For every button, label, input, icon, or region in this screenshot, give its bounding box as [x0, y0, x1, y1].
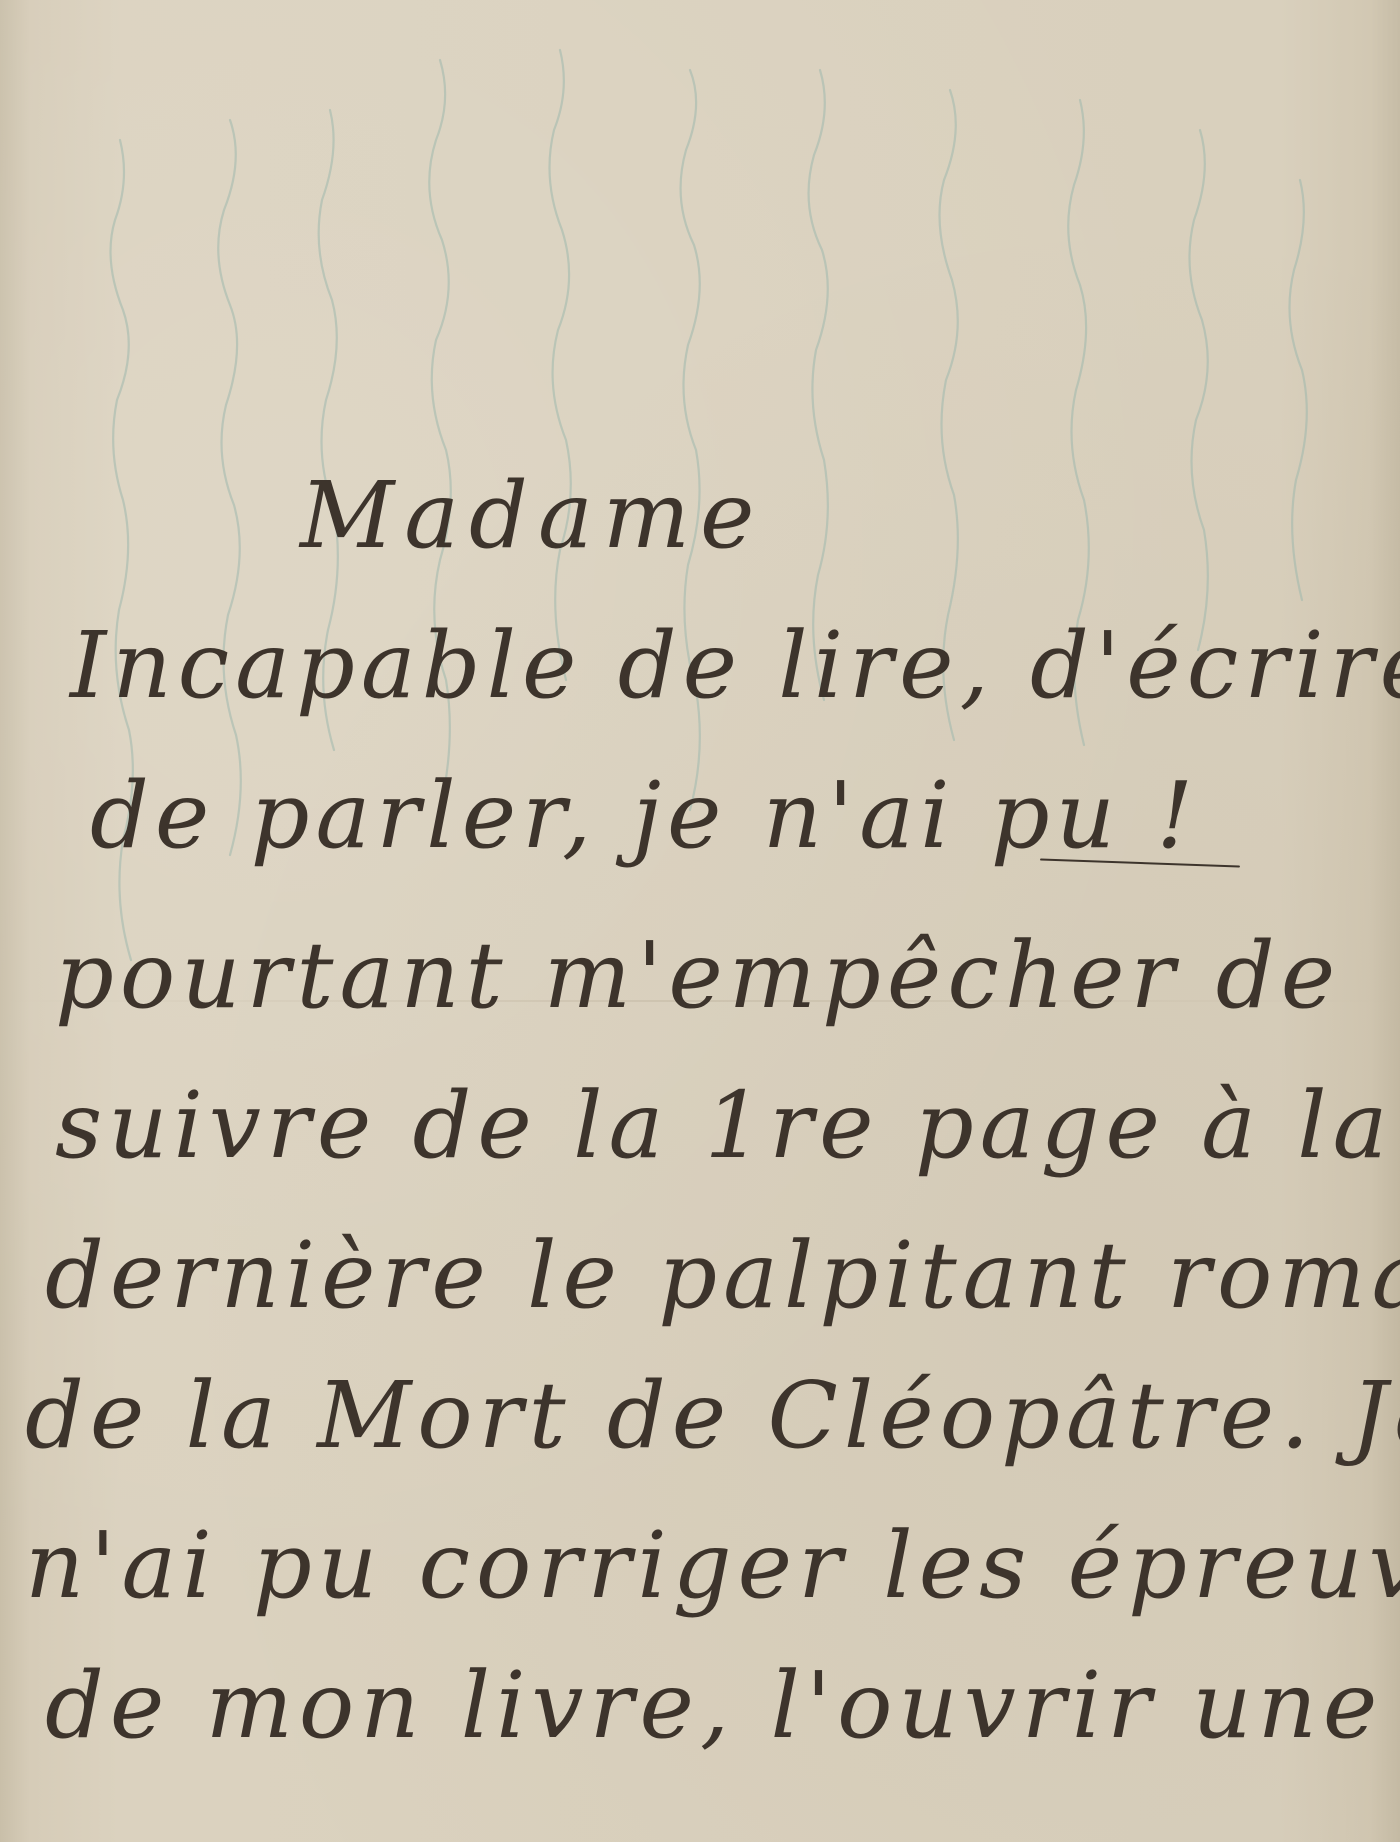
letter-line-6: de la Mort de Cléopâtre. Je [25, 1370, 1400, 1462]
letter-body: Madame Incapable de lire, d'écrire de pa… [0, 0, 1400, 1842]
letter-line-4: suivre de la 1re page à la [55, 1080, 1394, 1172]
letter-page: Madame Incapable de lire, d'écrire de pa… [0, 0, 1400, 1842]
letter-salutation: Madame [300, 470, 764, 562]
letter-line-2: de parler, je n'ai pu ! [90, 770, 1199, 862]
letter-line-1: Incapable de lire, d'écrire [70, 620, 1400, 712]
letter-line-7: n'ai pu corriger les épreuves [25, 1520, 1400, 1612]
letter-line-5: dernière le palpitant roman [45, 1230, 1400, 1322]
letter-line-3: pourtant m'empêcher de [55, 930, 1341, 1022]
letter-line-8: de mon livre, l'ouvrir une fois [45, 1660, 1400, 1752]
